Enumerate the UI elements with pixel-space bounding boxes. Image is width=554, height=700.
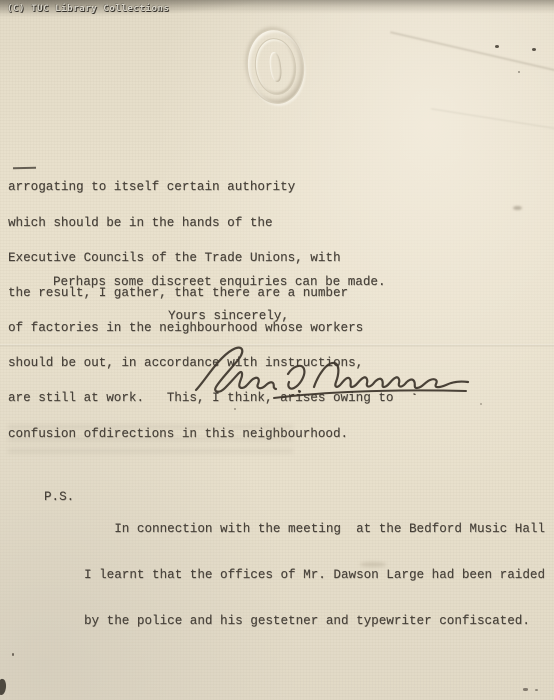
paper-speck xyxy=(12,653,14,656)
enquiries-line: Perhaps some discreet enquiries can be m… xyxy=(53,277,386,289)
signature-chas-g-ammon xyxy=(192,342,478,402)
paper-speck xyxy=(532,48,536,51)
postscript-line: In connection with the meeting at the Be… xyxy=(84,522,545,537)
closing-salutation: Yours sincerely, xyxy=(168,311,289,323)
copyright-watermark: (C) TUC Library Collections xyxy=(7,4,170,14)
paper-speck xyxy=(495,45,499,48)
paper-speck xyxy=(234,408,236,410)
body-line: arrogating to itself certain authority xyxy=(8,182,393,194)
postscript-paragraph: In connection with the meeting at the Be… xyxy=(84,492,545,659)
paper-speck xyxy=(480,403,482,405)
paper-speck xyxy=(535,689,538,691)
paper-speck xyxy=(518,71,520,73)
body-line: Executive Councils of the Trade Unions, … xyxy=(8,253,393,265)
embossed-seal xyxy=(243,26,309,107)
ink-blot-corner xyxy=(0,679,7,696)
body-line: the result, I gather, that there are a n… xyxy=(8,288,393,300)
postscript-label: P.S. xyxy=(44,492,74,504)
paper-speck xyxy=(523,688,528,691)
paper-crease-diagonal xyxy=(431,108,554,133)
body-line: which should be in the hands of the xyxy=(8,218,393,230)
scanned-letter-page: (C) TUC Library Collections arrogating t… xyxy=(0,0,554,700)
paper-smudge xyxy=(513,206,522,210)
paper-crease-diagonal xyxy=(390,31,554,74)
paper-smudge xyxy=(360,562,386,567)
ink-bleed-through xyxy=(8,424,293,458)
paper-fold-crease xyxy=(0,344,554,347)
postscript-line: by the police and his gestetner and type… xyxy=(84,614,545,629)
body-line: of factories in the neighbourhood whose … xyxy=(8,323,393,335)
postscript-line: I learnt that the offices of Mr. Dawson … xyxy=(84,568,545,583)
